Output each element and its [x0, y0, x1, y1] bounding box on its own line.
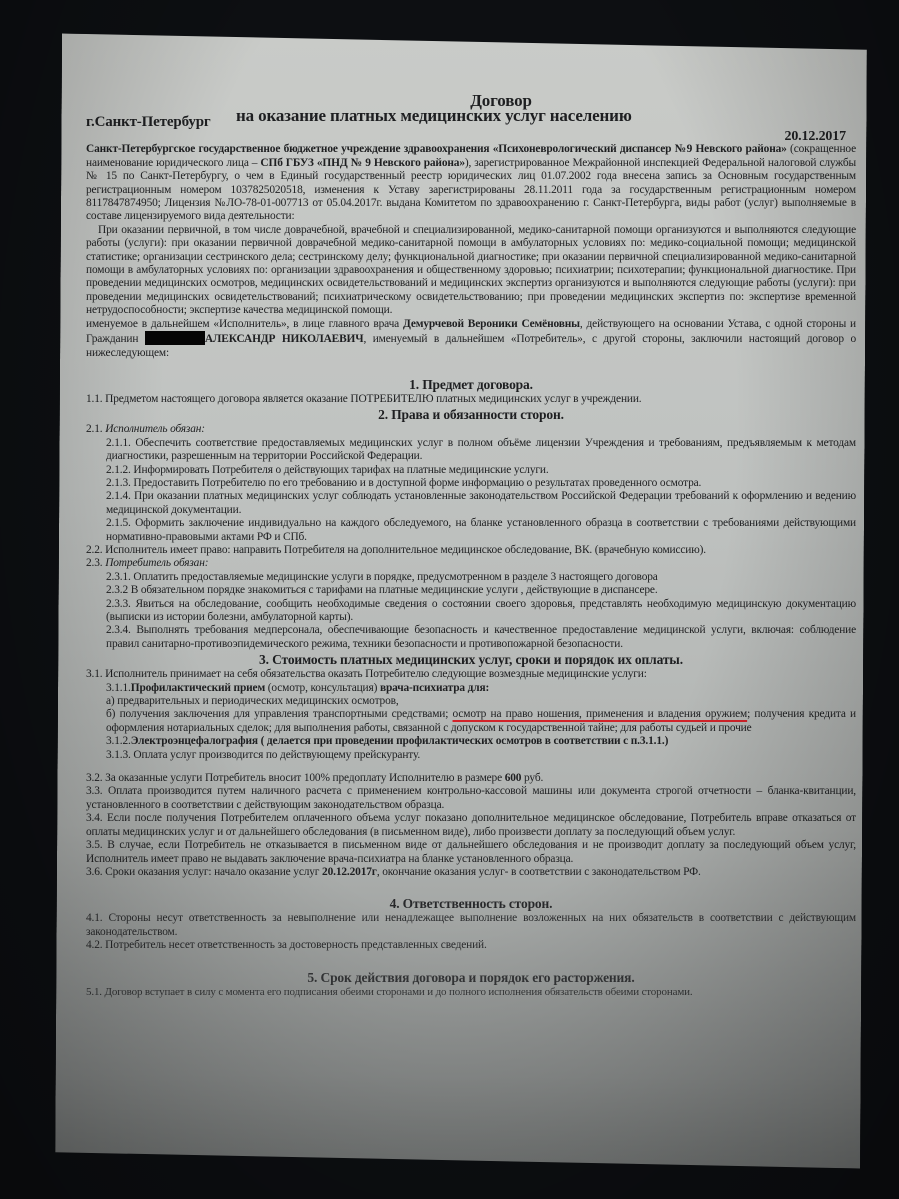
clause-3-1-1: 3.1.1.Профилактический прием (осмотр, ко… — [86, 682, 856, 695]
document-subtitle: на оказание платных медицинских услуг на… — [236, 109, 632, 122]
clause-2-1-4: 2.1.4. При оказании платных медицинских … — [86, 490, 856, 517]
licensed-services-paragraph: При оказании первичной, в том числе довр… — [86, 224, 856, 318]
red-underlined-weapons-text: осмотр на право ношения, применения и вл… — [453, 708, 748, 720]
clause-3-4: 3.4. Если после получения Потребителем о… — [86, 812, 856, 839]
clause-2-1-3: 2.1.3. Предоставить Потребителю по его т… — [86, 477, 856, 490]
clause-4-2: 4.2. Потребитель несет ответственность з… — [86, 939, 856, 952]
clause-3-2: 3.2. За оказанные услуги Потребитель вно… — [86, 772, 856, 785]
redacted-surname — [145, 331, 205, 345]
section-1-heading: 1. Предмет договора. — [86, 376, 856, 393]
head-doctor-name: Демурчевой Вероники Семёновны — [403, 318, 580, 330]
preamble-paragraph: Санкт-Петербургское государственное бюдж… — [86, 143, 856, 223]
section-4-heading: 4. Ответственность сторон. — [86, 895, 856, 912]
prepayment-amount: 600 — [505, 772, 522, 784]
parties-paragraph: именуемое в дальнейшем «Исполнитель», в … — [86, 318, 856, 360]
service-start-date: 20.12.2017г — [322, 866, 377, 878]
clause-4-1: 4.1. Стороны несут ответственность за не… — [86, 912, 856, 939]
citizen-name: АЛЕКСАНДР НИКОЛАЕВИЧ — [205, 333, 364, 345]
contract-document: Договор г.Санкт-Петербург на оказание пл… — [86, 92, 856, 999]
clause-3-1-1-b: б) получения заключения для управления т… — [86, 708, 856, 735]
clause-2-1-5: 2.1.5. Оформить заключение индивидуально… — [86, 517, 856, 544]
clause-3-5: 3.5. В случае, если Потребитель не отказ… — [86, 839, 856, 866]
clause-2-1-2: 2.1.2. Информировать Потребителя о дейст… — [86, 464, 856, 477]
clause-5-1: 5.1. Договор вступает в силу с момента е… — [86, 986, 856, 999]
clause-2-3: 2.3. Потребитель обязан: — [86, 557, 856, 570]
clause-2-3-3: 2.3.3. Явиться на обследование, сообщить… — [86, 598, 856, 625]
subtitle-row: г.Санкт-Петербург на оказание платных ме… — [86, 110, 856, 132]
clause-1-1: 1.1. Предметом настоящего договора являе… — [86, 393, 856, 406]
contract-date: 20.12.2017 — [86, 130, 846, 143]
section-3-heading: 3. Стоимость платных медицинских услуг, … — [86, 651, 856, 668]
clause-2-2: 2.2. Исполнитель имеет право: направить … — [86, 544, 856, 557]
section-5-heading: 5. Срок действия договора и порядок его … — [86, 969, 856, 986]
organization-short-name: СПб ГБУЗ «ПНД № 9 Невского района» — [260, 157, 465, 169]
section-2-heading: 2. Права и обязанности сторон. — [86, 406, 856, 423]
clause-3-1-1-a: а) предварительных и периодических медиц… — [86, 695, 856, 708]
city-label: г.Санкт-Петербург — [86, 116, 211, 129]
clause-2-3-2: 2.3.2 В обязательном порядке знакомиться… — [86, 584, 856, 597]
organization-name: Санкт-Петербургское государственное бюдж… — [86, 143, 787, 155]
clause-2-3-4: 2.3.4. Выполнять требования медперсонала… — [86, 624, 856, 651]
clause-3-6: 3.6. Сроки оказания услуг: начало оказан… — [86, 866, 856, 879]
clause-3-3: 3.3. Оплата производится путем наличного… — [86, 785, 856, 812]
clause-2-3-1: 2.3.1. Оплатить предоставляемые медицинс… — [86, 571, 856, 584]
clause-2-1: 2.1. Исполнитель обязан: — [86, 423, 856, 436]
clause-2-1-1: 2.1.1. Обеспечить соответствие предостав… — [86, 437, 856, 464]
clause-3-1-3: 3.1.3. Оплата услуг производится по дейс… — [86, 749, 856, 762]
clause-3-1: 3.1. Исполнитель принимает на себя обяза… — [86, 668, 856, 681]
clause-3-1-2: 3.1.2.Электроэнцефалография ( делается п… — [86, 735, 856, 748]
